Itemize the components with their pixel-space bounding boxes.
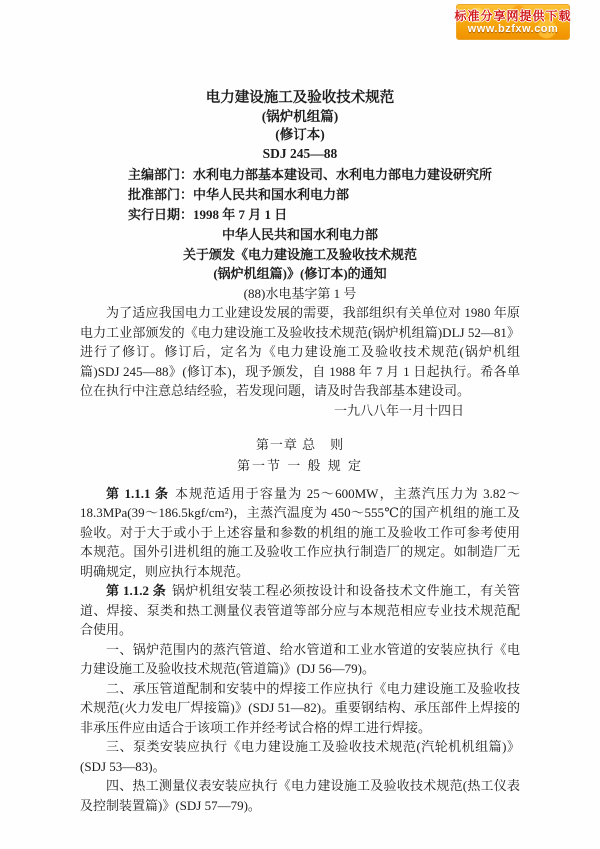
section-heading: 第一节 一 般 规 定: [80, 455, 520, 476]
article-label: 第 1.1.1 条: [106, 486, 169, 501]
meta-value: 水利电力部基本建设司、水利电力部电力建设研究所: [193, 167, 492, 182]
document-title-block: 电力建设施工及验收技术规范 (锅炉机组篇) (修订本) SDJ 245—88: [80, 89, 520, 163]
notice-header-block: 中华人民共和国水利电力部 关于颁发《电力建设施工及验收技术规范 (锅炉机组篇)》…: [80, 225, 520, 303]
meta-value: 中华人民共和国水利电力部: [193, 187, 349, 202]
notice-doc-number: (88)水电基字第 1 号: [80, 284, 520, 304]
watermark-badge: 标准分享网提供下载 www.bzfxw.com: [456, 4, 570, 40]
watermark-url: www.bzfxw.com: [468, 23, 559, 36]
notice-title-line1: 关于颁发《电力建设施工及验收技术规范: [80, 245, 520, 265]
document-subtitle-edition: (修订本): [80, 126, 520, 145]
document-standard-code: SDJ 245—88: [80, 145, 520, 164]
meta-value: 1998 年 7 月 1 日: [193, 207, 287, 222]
document-title: 电力建设施工及验收技术规范: [80, 89, 520, 108]
article-list-item-3: 三、泵类安装应执行《电力建设施工及验收技术规范(汽轮机机组篇)》(SDJ 53—…: [80, 737, 520, 776]
watermark-title: 标准分享网提供下载: [455, 9, 572, 23]
notice-issuing-org: 中华人民共和国水利电力部: [80, 225, 520, 245]
meta-editor-dept: 主编部门：水利电力部基本建设司、水利电力部电力建设研究所: [128, 165, 520, 185]
article-list-item-2: 二、承压管道配制和安装中的焊接工作应执行《电力建设施工及验收技术规范(火力发电厂…: [80, 679, 520, 738]
meta-approval-dept: 批准部门：中华人民共和国水利电力部: [128, 185, 520, 205]
notice-sign-date: 一九八八年一月十四日: [80, 401, 520, 421]
document-meta-block: 主编部门：水利电力部基本建设司、水利电力部电力建设研究所 批准部门：中华人民共和…: [128, 165, 520, 225]
meta-label: 批准部门：: [128, 187, 193, 202]
meta-label: 主编部门：: [128, 167, 193, 182]
notice-body-paragraph: 为了适应我国电力工业建设发展的需要，我部组织有关单位对 1980 年原电力工业部…: [80, 303, 520, 401]
document-subtitle-volume: (锅炉机组篇): [80, 108, 520, 127]
meta-effective-date: 实行日期：1998 年 7 月 1 日: [128, 205, 520, 225]
chapter-heading: 第一章 总 则: [80, 435, 520, 455]
article-list-item-4: 四、热工测量仪表安装应执行《电力建设施工及验收技术规范(热工仪表及控制装置篇)》…: [80, 776, 520, 815]
articles-block: 第 1.1.1 条本规范适用于容量为 25～600MW，主蒸汽压力为 3.82～…: [80, 484, 520, 816]
article-label: 第 1.1.2 条: [106, 583, 166, 598]
article-1-1-1: 第 1.1.1 条本规范适用于容量为 25～600MW，主蒸汽压力为 3.82～…: [80, 484, 520, 582]
article-1-1-2: 第 1.1.2 条锅炉机组安装工程必须按设计和设备技术文件施工，有关管道、焊接、…: [80, 581, 520, 640]
document-content: 电力建设施工及验收技术规范 (锅炉机组篇) (修订本) SDJ 245—88 主…: [80, 89, 520, 815]
document-page: 标准分享网提供下载 www.bzfxw.com 电力建设施工及验收技术规范 (锅…: [0, 0, 600, 849]
article-list-item-1: 一、锅炉范围内的蒸汽管道、给水管道和工业水管道的安装应执行《电力建设施工及验收技…: [80, 640, 520, 679]
notice-title-line2: (锅炉机组篇)》(修订本)的通知: [80, 264, 520, 284]
meta-label: 实行日期：: [128, 207, 193, 222]
